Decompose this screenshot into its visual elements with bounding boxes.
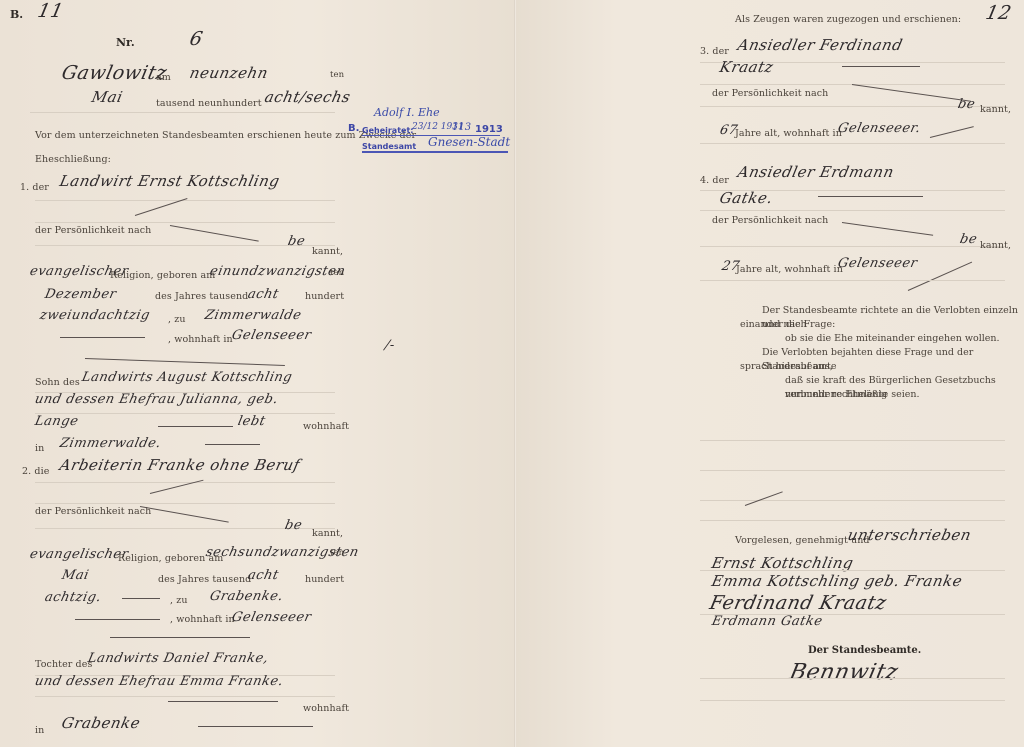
ceremony-line-3: ob sie die Ehe miteinander eingehen woll… bbox=[785, 332, 1000, 346]
party1-hundert-label: hundert bbox=[305, 291, 344, 302]
party1-parents-residence-label: wohnhaft bbox=[303, 421, 349, 432]
party1-label: 1. der bbox=[20, 182, 49, 193]
witness3-label: 3. der bbox=[700, 46, 729, 57]
party2-hundert-label: hundert bbox=[305, 574, 344, 585]
party1-religion-label: Religion, geboren am bbox=[110, 270, 215, 281]
party1-year-label: des Jahres tausend bbox=[155, 291, 248, 302]
party2-birthplace: Grabenke. bbox=[208, 589, 284, 604]
party2-birth-century: acht bbox=[246, 568, 280, 583]
party2-father: Landwirts Daniel Franke, bbox=[86, 651, 270, 666]
party1-zu-label: , zu bbox=[168, 314, 186, 325]
party1-known-label: kannt, bbox=[312, 246, 343, 257]
party1-birth-day: einundzwanzigsten bbox=[208, 264, 346, 279]
party1-parents-label: Sohn des bbox=[35, 377, 80, 388]
day-handwritten: neunzehn bbox=[188, 64, 270, 82]
party2-mother-line: und dessen Ehefrau Emma Franke. bbox=[33, 674, 284, 689]
signature-bride: Emma Kottschling geb. Franke bbox=[710, 572, 964, 590]
party1-identity-label: der Persönlichkeit nach bbox=[35, 225, 151, 236]
party2-parents-label: Tochter des bbox=[35, 659, 92, 670]
party1-name: Landwirt Ernst Kottschling bbox=[58, 172, 281, 190]
stamp-line1-label: Geheiratet: bbox=[362, 126, 413, 135]
stamp-note: Adolf I. Ehe bbox=[374, 106, 440, 119]
party2-known-label: kannt, bbox=[312, 528, 343, 539]
stamp-year: 1913 bbox=[475, 124, 503, 135]
registrar-signature: Bennwitz bbox=[787, 660, 900, 685]
party2-residence-label: , wohnhaft in bbox=[170, 614, 235, 625]
party1-known-hand: be bbox=[286, 234, 306, 249]
party2-name: Arbeiterin Franke ohne Beruf bbox=[58, 456, 302, 474]
ceremony-line-2: einander die Frage: bbox=[740, 318, 835, 332]
date-am-label: am bbox=[156, 72, 171, 83]
witness3-name: Ansiedler Ferdinand bbox=[736, 36, 904, 54]
party1-ten-suffix: ten bbox=[330, 268, 344, 278]
party1-birth-month: Dezember bbox=[43, 287, 117, 302]
year-handwritten: acht/sechs bbox=[263, 88, 352, 106]
party1-residence-label: , wohnhaft in bbox=[168, 334, 233, 345]
signature-witness-3: Ferdinand Kraatz bbox=[708, 592, 889, 614]
party2-known-hand: be bbox=[283, 518, 303, 533]
party1-in-label: in bbox=[35, 443, 44, 454]
witnesses-header: Als Zeugen waren zugezogen und erschiene… bbox=[735, 14, 961, 25]
witness4-name: Ansiedler Erdmann bbox=[736, 163, 896, 181]
witness4-surname: Gatke. bbox=[718, 189, 775, 207]
party1-mother-maiden: Lange bbox=[33, 414, 79, 429]
entry-label: Nr. bbox=[116, 36, 135, 49]
party2-ten-suffix: ten bbox=[330, 548, 344, 558]
signature-witness-4: Erdmann Gatke bbox=[710, 614, 824, 629]
witness3-identity-label: der Persönlichkeit nach bbox=[712, 88, 828, 99]
party2-birth-year: achtzig. bbox=[43, 590, 102, 605]
stamp-register-no: 113 bbox=[452, 122, 471, 133]
stamp-letter: B. bbox=[348, 123, 359, 134]
page-number-right: 12 bbox=[984, 2, 1014, 24]
party2-parents-residence: Grabenke bbox=[60, 714, 142, 732]
witness4-age-label: Jahre alt, wohnhaft in bbox=[736, 264, 843, 275]
party1-father: Landwirts August Kottschling bbox=[80, 370, 293, 385]
page-seam bbox=[514, 0, 516, 747]
ceremony-line-7: verbundene Eheleute seien. bbox=[785, 388, 920, 402]
year-printed: tausend neunhundert bbox=[156, 98, 262, 109]
party1-residence: Gelenseeer bbox=[230, 328, 312, 343]
page-number-left: 11 bbox=[36, 0, 66, 22]
party2-parents-residence-label: wohnhaft bbox=[303, 703, 349, 714]
ceremony-line-5: sprach hierauf aus, bbox=[740, 360, 833, 374]
stamp-line2-label: Standesamt bbox=[362, 142, 416, 151]
witness4-known-label: kannt, bbox=[980, 240, 1011, 251]
party2-label: 2. die bbox=[22, 466, 49, 477]
party2-identity-label: der Persönlichkeit nach bbox=[35, 506, 151, 517]
witness3-surname: Kraatz bbox=[718, 58, 775, 76]
intro-text-2: Eheschließung: bbox=[35, 154, 111, 165]
party1-birth-century: acht bbox=[246, 287, 280, 302]
read-handwritten: unterschrieben bbox=[846, 526, 973, 544]
stamp-line2-value: Gnesen-Stadt bbox=[428, 135, 510, 149]
place-handwritten: Gawlowitz bbox=[60, 62, 169, 84]
witness4-known-hand: be bbox=[958, 232, 978, 247]
witness3-residence: Gelenseeer. bbox=[836, 121, 922, 136]
registrar-label: Der Standesbeamte. bbox=[808, 645, 921, 656]
party1-birthplace: Zimmerwalde bbox=[203, 308, 303, 323]
witness4-residence: Gelenseeer bbox=[836, 256, 918, 271]
party2-year-label: des Jahres tausend bbox=[158, 574, 251, 585]
party2-in-label: in bbox=[35, 725, 44, 736]
witness4-identity-label: der Persönlichkeit nach bbox=[712, 215, 828, 226]
party2-birth-month: Mai bbox=[60, 568, 90, 583]
witness3-known-label: kannt, bbox=[980, 104, 1011, 115]
month-handwritten: Mai bbox=[90, 88, 124, 106]
party1-parents-residence: Zimmerwalde. bbox=[58, 436, 162, 451]
party2-zu-label: , zu bbox=[170, 595, 188, 606]
witness3-known-hand: be bbox=[956, 97, 976, 112]
witness4-label: 4. der bbox=[700, 175, 729, 186]
party1-lebt: lebt bbox=[236, 414, 267, 429]
party2-religion: evangelischer bbox=[28, 547, 129, 562]
party1-birth-year: zweiundachtzig bbox=[38, 308, 151, 323]
ten-suffix: ten bbox=[330, 70, 344, 80]
party1-mother-line: und dessen Ehefrau Julianna, geb. bbox=[33, 392, 279, 407]
series-label: B. bbox=[10, 8, 23, 21]
party2-residence: Gelenseeer bbox=[230, 610, 312, 625]
witness3-age-label: Jahre alt, wohnhaft in bbox=[735, 128, 842, 139]
